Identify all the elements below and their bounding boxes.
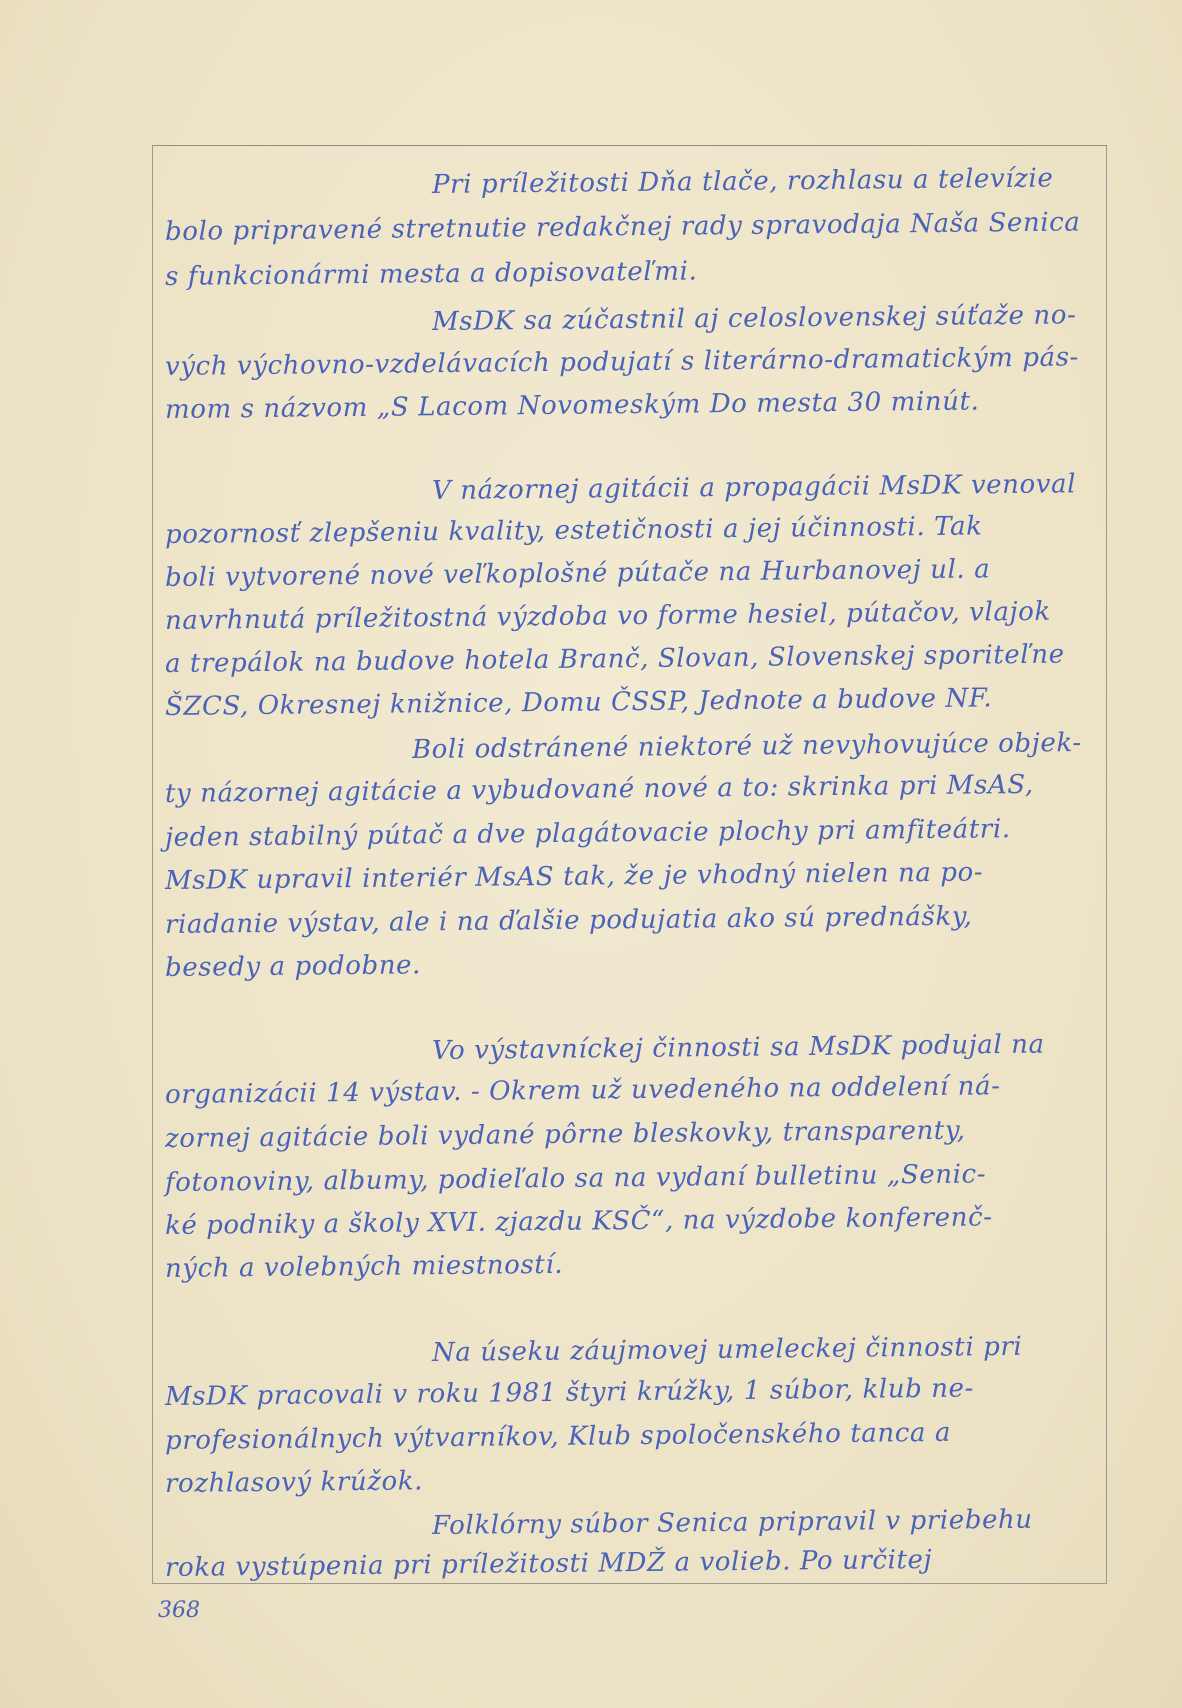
text-line: s funkcionármi mesta a dopisovateľmi. — [165, 256, 698, 292]
text-line: MsDK upravil interiér MsAS tak, že je vh… — [165, 857, 983, 896]
text-line: fotonoviny, albumy, podieľalo sa na vyda… — [165, 1159, 986, 1198]
text-line: zornej agitácie boli vydané pôrne blesko… — [165, 1116, 966, 1154]
text-line: Pri príležitosti Dňa tlače, rozhlasu a t… — [432, 163, 1054, 200]
text-line: MsDK pracovali v roku 1981 štyri krúžky,… — [165, 1374, 974, 1412]
text-line: boli vytvorené nové veľkoplošné pútače n… — [165, 554, 991, 593]
text-line: besedy a podobne. — [165, 950, 421, 983]
text-line: ty názornej agitácie a vybudované nové a… — [165, 770, 1034, 809]
text-line: a trepálok na budove hotela Branč, Slova… — [165, 640, 1065, 679]
handwritten-text-body: Pri príležitosti Dňa tlače, rozhlasu a t… — [0, 0, 1182, 1708]
text-line: roka vystúpenia pri príležitosti MDŽ a v… — [165, 1545, 932, 1583]
text-line: MsDK sa zúčastnil aj celoslovenskej súťa… — [432, 300, 1077, 337]
page-number: 368 — [158, 1598, 200, 1623]
text-line: organizácii 14 výstav. - Okrem už uveden… — [165, 1071, 1001, 1110]
text-line: Boli odstránené niektoré už nevyhovujúce… — [412, 728, 1082, 765]
text-line: ŠZCS, Okresnej knižnice, Domu ČSSP, Jedn… — [165, 683, 993, 722]
text-line: jeden stabilný pútač a dve plagátovacie … — [165, 814, 1011, 853]
text-line: riadanie výstav, ale i na ďalšie podujat… — [165, 902, 973, 940]
text-line: vých výchovno-vzdelávacích podujatí s li… — [165, 342, 1079, 382]
text-line: navrhnutá príležitostná výzdoba vo forme… — [165, 597, 1051, 636]
text-line: pozornosť zlepšeniu kvality, estetičnost… — [165, 511, 983, 550]
text-line: ké podniky a školy XVI. zjazdu KSČ“, na … — [165, 1202, 993, 1241]
text-line: ných a volebných miestností. — [165, 1250, 563, 1284]
text-line: V názornej agitácii a propagácii MsDK ve… — [432, 469, 1076, 506]
text-line: profesionálnych výtvarníkov, Klub spoloč… — [165, 1418, 951, 1456]
text-line: Vo výstavníckej činnosti sa MsDK podujal… — [432, 1030, 1045, 1066]
text-line: rozhlasový krúžok. — [165, 1466, 423, 1499]
text-line: bolo pripravené stretnutie redakčnej rad… — [165, 207, 1081, 247]
text-line: Na úseku záujmovej umeleckej činnosti pr… — [432, 1332, 1023, 1368]
text-line: mom s názvom „S Lacom Novomeským Do mest… — [165, 386, 980, 425]
text-line: Folklórny súbor Senica pripravil v prieb… — [432, 1505, 1033, 1541]
